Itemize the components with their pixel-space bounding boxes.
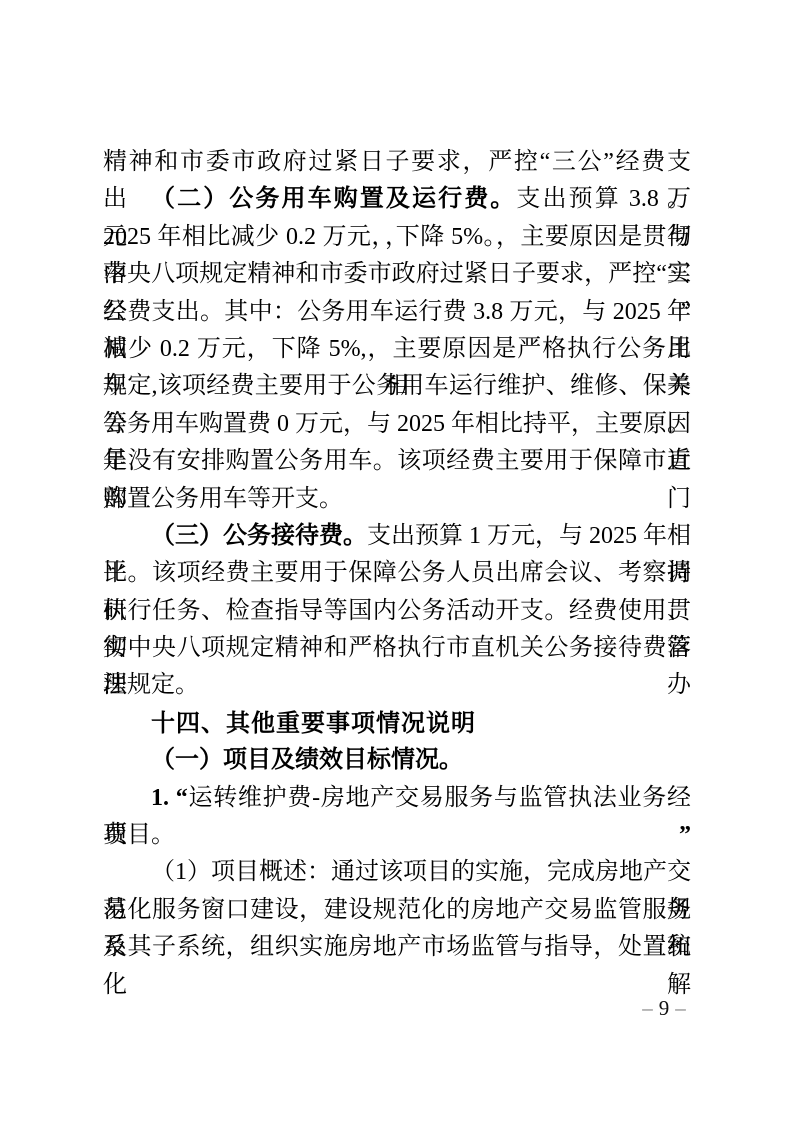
- text-segment: 十四、其他重要事项情况说明: [151, 710, 476, 737]
- text-line: （1）项目概述：通过该项目的实施，完成房地产交易规: [103, 854, 691, 891]
- text-line: 十四、其他重要事项情况说明: [103, 705, 691, 742]
- text-line: 中央八项规定精神和市委市政府过紧日子要求，严控“三公”: [103, 256, 691, 293]
- text-line: 实中央八项规定精神和严格执行市直机关公务接待费管理办: [103, 630, 691, 667]
- text-segment: 及其子系统，组织实施房地产市场监管与指导，处置和化解: [103, 934, 691, 997]
- text-line: （一）项目及绩效目标情况。: [103, 742, 691, 779]
- document-content: 精神和市委市政府过紧日子要求，严控“三公”经费支出。（二）公务用车购置及运行费。…: [103, 144, 691, 967]
- text-segment: 1. “: [151, 785, 188, 811]
- text-segment: 购置公务用车等开支。: [103, 486, 343, 512]
- text-segment: 运转维护费-房地产交易服务与监管执法业务经费: [103, 785, 691, 848]
- text-line: 平。该项经费主要用于保障公务人员出席会议、考察调研、: [103, 555, 691, 592]
- text-segment: （一）项目及绩效目标情况。: [151, 747, 463, 773]
- page-number: –9–: [626, 994, 702, 1022]
- text-segment: 法规定。: [103, 672, 199, 698]
- text-line: 经费支出。其中：公务用车运行费 3.8 万元，与 2025 年相比: [103, 294, 691, 331]
- text-line: （二）公务用车购置及运行费。支出预算 3.8 万元，与: [103, 181, 691, 218]
- text-line: 规定,该项经费主要用于公务用车运行维护、维修、保养等。: [103, 368, 691, 405]
- text-line: 年没有安排购置公务用车。该项经费主要用于保障市直部门: [103, 443, 691, 480]
- text-line: 执行任务、检查指导等国内公务活动开支。经费使用贯彻落: [103, 593, 691, 630]
- text-line: 减少 0.2 万元，下降 5%,，主要原因是严格执行公务用车相关: [103, 331, 691, 368]
- text-segment: （二）公务用车购置及运行费。: [151, 186, 516, 212]
- text-line: 范化服务窗口建设，建设规范化的房地产交易监管服务系统: [103, 892, 691, 929]
- text-line: 2025 年相比减少 0.2 万元，下降 5%。，主要原因是贯彻落实: [103, 219, 691, 256]
- text-line: 精神和市委市政府过紧日子要求，严控“三公”经费支出。: [103, 144, 691, 181]
- text-line: 1. “运转维护费-房地产交易服务与监管执法业务经费”: [103, 780, 691, 817]
- document-page: 精神和市委市政府过紧日子要求，严控“三公”经费支出。（二）公务用车购置及运行费。…: [0, 0, 793, 1122]
- text-segment: （三）公务接待费。: [151, 523, 367, 549]
- text-line: 公务用车购置费 0 万元，与 2025 年相比持平，主要原因是近: [103, 406, 691, 443]
- text-line: 及其子系统，组织实施房地产市场监管与指导，处置和化解: [103, 929, 691, 966]
- text-segment: 项目。: [103, 822, 175, 848]
- page-number-dash-left: –: [636, 996, 659, 1020]
- page-number-dash-right: –: [669, 996, 692, 1020]
- text-line: （三）公务接待费。支出预算 1 万元，与 2025 年相比持: [103, 518, 691, 555]
- text-segment: ”: [679, 822, 691, 848]
- page-number-value: 9: [659, 996, 670, 1020]
